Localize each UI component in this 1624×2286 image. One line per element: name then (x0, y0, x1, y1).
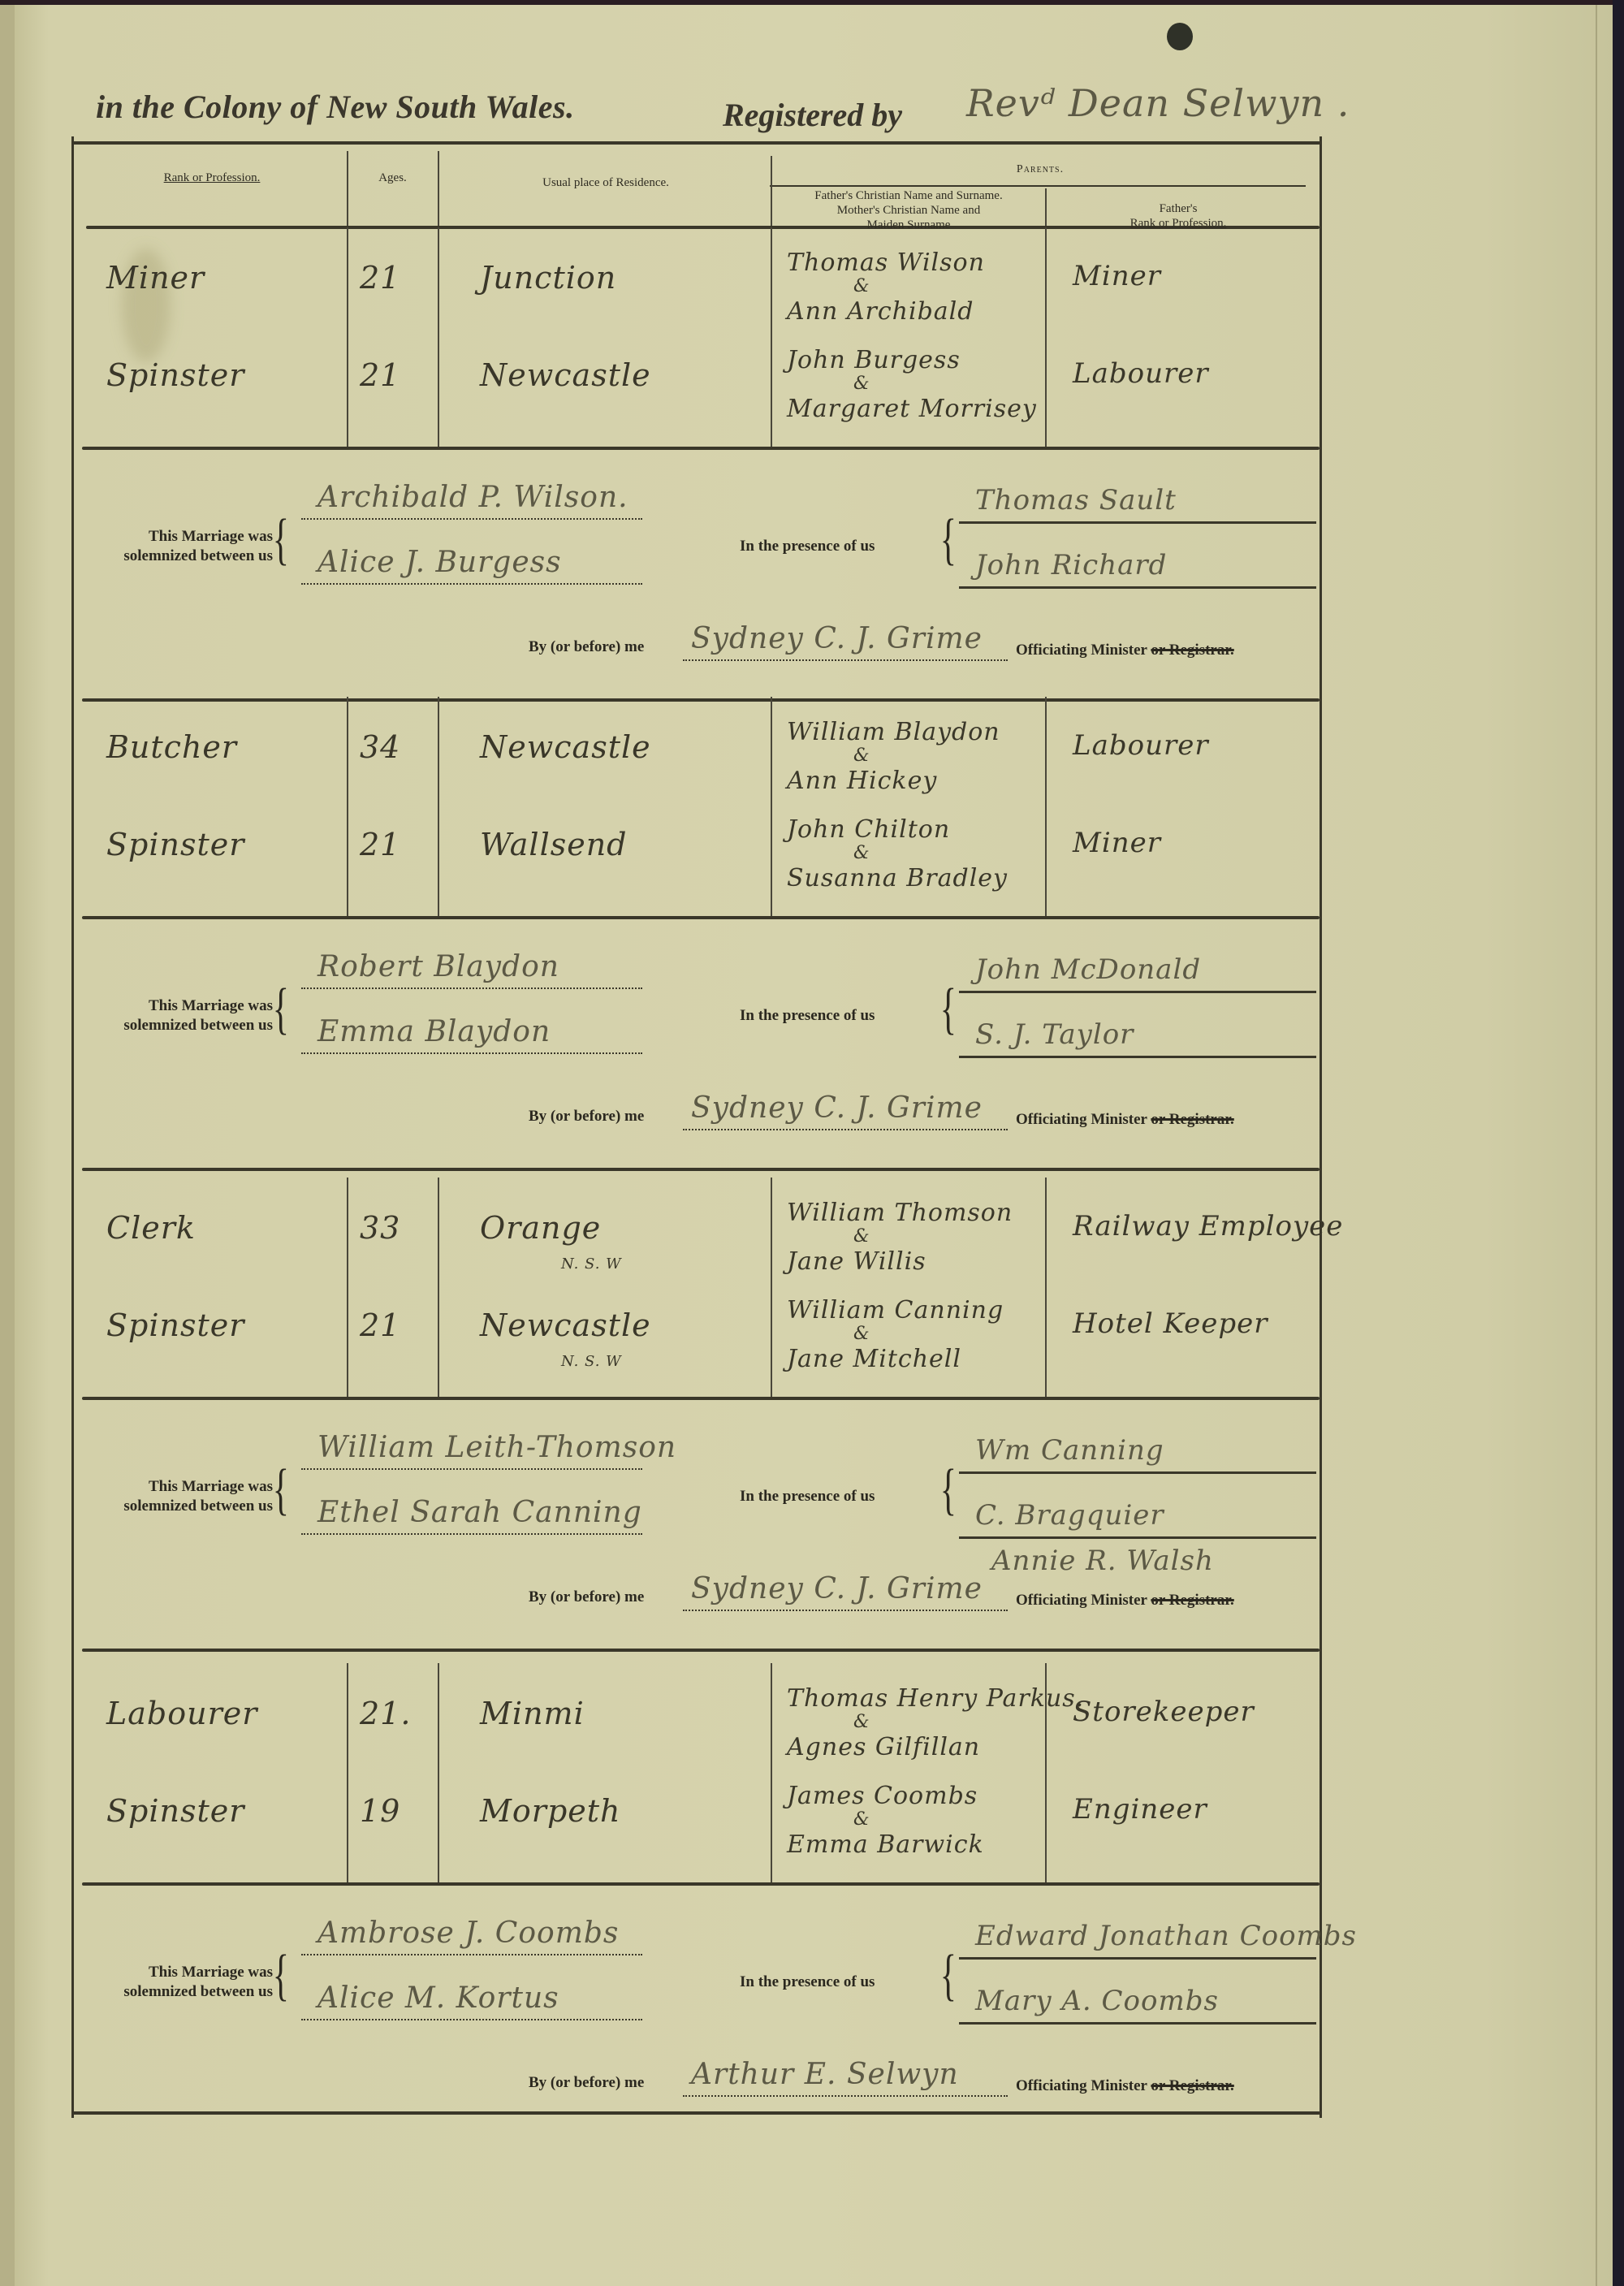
bride-mother-name: Margaret Morrisey (787, 395, 1037, 423)
groom-rank: Butcher (106, 729, 237, 765)
or-registrar-struck: or Registrar. (1151, 2077, 1233, 2094)
or-registrar-struck: or Registrar. (1151, 1592, 1233, 1609)
bride-father-rank: Labourer (1073, 357, 1209, 390)
registered-by-label: Registered by (723, 96, 902, 134)
brace-icon: { (273, 1462, 289, 1519)
entry-table-rule (82, 1882, 1319, 1886)
brace-icon: { (940, 981, 957, 1038)
officiating-label: Officiating Minister or Registrar. (1016, 1592, 1234, 1610)
bride-father-rank: Engineer (1073, 1793, 1207, 1826)
presence-label: In the presence of us (740, 538, 875, 555)
witness-line (959, 1957, 1316, 1960)
bride-rank: Spinster (106, 1307, 244, 1343)
entry-separator (82, 1649, 1319, 1652)
groom-residence-note: N. S. W (561, 1255, 622, 1273)
signature-line (301, 1954, 642, 1955)
groom-father-rank: Railway Employee (1073, 1210, 1343, 1242)
bride-residence: Newcastle (480, 357, 651, 393)
bride-father-name: William Canning (787, 1296, 1004, 1324)
witness-line (959, 1536, 1316, 1539)
officiating-label: Officiating Minister or Registrar. (1016, 1111, 1234, 1129)
bride-signature: Ethel Sarah Canning (317, 1496, 642, 1529)
bride-residence: Morpeth (480, 1793, 621, 1829)
col-header-parents: Parents. (772, 162, 1308, 177)
groom-mother-name: Jane Willis (787, 1247, 926, 1276)
col-divider (1045, 697, 1047, 916)
bride-mother-name: Jane Mitchell (787, 1345, 961, 1373)
minister-line (683, 1129, 1008, 1130)
ampersand-icon: & (853, 276, 870, 296)
groom-mother-name: Ann Hickey (787, 767, 937, 795)
minister-signature: Sydney C. J. Grime (691, 1572, 983, 1605)
ampersand-icon: & (853, 1324, 870, 1344)
signature-line (301, 1533, 642, 1535)
witness-2: John Richard (975, 549, 1167, 581)
groom-residence: Minmi (480, 1696, 585, 1731)
ampersand-icon: & (853, 1226, 870, 1247)
witness-line (959, 521, 1316, 524)
solemnized-label-2: solemnized between us (78, 547, 273, 565)
witness-line (959, 1056, 1316, 1058)
page-edge (1596, 5, 1597, 2286)
col-header-father-rank: Father's Rank or Profession. (1048, 201, 1308, 231)
bride-rank: Spinster (106, 357, 244, 393)
col-divider (438, 151, 439, 226)
bride-age: 21 (360, 357, 400, 393)
brace-icon: { (940, 1947, 957, 2004)
presence-label: In the presence of us (740, 1007, 875, 1025)
groom-father-name: William Thomson (787, 1199, 1013, 1227)
signature-line (301, 2019, 642, 2020)
bride-age: 21 (360, 1307, 400, 1343)
groom-residence: Orange (480, 1210, 601, 1246)
officiating-label: Officiating Minister or Registrar. (1016, 2077, 1234, 2095)
col-divider (438, 1663, 439, 1882)
solemnized-label-1: This Marriage was (78, 1478, 273, 1496)
col-divider (347, 1663, 348, 1882)
col-divider (347, 697, 348, 916)
groom-father-rank: Miner (1073, 260, 1161, 292)
witness-2: S. J. Taylor (975, 1018, 1134, 1051)
groom-age: 34 (360, 729, 400, 765)
col-divider (438, 697, 439, 916)
entry-table-rule (82, 447, 1319, 450)
bride-residence: Wallsend (480, 827, 628, 862)
brace-icon: { (940, 512, 957, 568)
bride-signature: Emma Blaydon (317, 1015, 551, 1048)
ampersand-icon: & (853, 843, 870, 863)
witness-line (959, 2022, 1316, 2025)
groom-residence: Newcastle (480, 729, 651, 765)
groom-father-rank: Labourer (1073, 729, 1209, 762)
bride-father-rank: Miner (1073, 827, 1161, 859)
entry-table-rule (82, 916, 1319, 919)
col-divider (347, 151, 348, 226)
entry-table-rule (82, 1397, 1319, 1400)
brace-icon: { (273, 981, 289, 1038)
groom-age: 33 (360, 1210, 400, 1246)
header-line: Father's Christian Name and Surname. (772, 188, 1045, 203)
groom-signature: Ambrose J. Coombs (317, 1917, 619, 1950)
officiating-minister-text: Officiating Minister (1016, 1111, 1147, 1128)
bride-mother-name: Susanna Bradley (787, 864, 1008, 892)
col-divider (1045, 1178, 1047, 1397)
witness-1: Thomas Sault (975, 484, 1177, 516)
solemnized-label-2: solemnized between us (78, 1983, 273, 2001)
binding-edge-right (1613, 0, 1624, 2286)
by-before-label: By (or before) me (529, 1108, 644, 1126)
bride-residence: Newcastle (480, 1307, 651, 1343)
col-header-ages: Ages. (350, 171, 435, 185)
groom-rank: Labourer (106, 1696, 257, 1731)
groom-rank: Clerk (106, 1210, 196, 1246)
solemnized-label-1: This Marriage was (78, 997, 273, 1015)
signature-line (301, 1468, 642, 1470)
col-divider (771, 227, 772, 447)
col-divider (1045, 188, 1047, 226)
brace-icon: { (940, 1462, 957, 1519)
witness-3: Annie R. Walsh (991, 1545, 1214, 1577)
solemnized-label-1: This Marriage was (78, 528, 273, 546)
parents-subrule (770, 185, 1306, 187)
col-divider (347, 1178, 348, 1397)
bride-rank: Spinster (106, 1793, 244, 1829)
colony-heading: in the Colony of New South Wales. (96, 88, 575, 126)
groom-mother-name: Ann Archibald (787, 297, 974, 326)
officiating-minister-text: Officiating Minister (1016, 642, 1147, 659)
entry-separator (82, 1168, 1319, 1171)
signature-line (301, 518, 642, 520)
solemnized-label-2: solemnized between us (78, 1017, 273, 1035)
witness-1: Wm Canning (975, 1434, 1164, 1467)
groom-signature: Archibald P. Wilson. (317, 481, 628, 514)
signature-line (301, 1052, 642, 1054)
groom-rank: Miner (106, 260, 205, 296)
groom-signature: William Leith-Thomson (317, 1431, 676, 1464)
ampersand-icon: & (853, 745, 870, 766)
witness-line (959, 586, 1316, 589)
groom-mother-name: Agnes Gilfillan (787, 1733, 980, 1761)
minister-line (683, 659, 1008, 661)
bride-signature: Alice J. Burgess (317, 546, 562, 579)
witness-1: John McDonald (975, 953, 1201, 986)
bride-signature: Alice M. Kortus (317, 1981, 559, 2015)
solemnized-label-2: solemnized between us (78, 1497, 273, 1515)
registrar-signature: Revᵈ Dean Selwyn . (966, 81, 1350, 125)
ampersand-icon: & (853, 1809, 870, 1830)
officiating-minister-text: Officiating Minister (1016, 2077, 1147, 2094)
col-divider (347, 227, 348, 447)
bride-father-name: James Coombs (787, 1782, 978, 1810)
officiating-minister-text: Officiating Minister (1016, 1592, 1147, 1609)
col-header-residence: Usual place of Residence. (443, 175, 768, 190)
page-gutter (0, 5, 15, 2286)
presence-label: In the presence of us (740, 1488, 875, 1506)
by-before-label: By (or before) me (529, 1588, 644, 1606)
minister-signature: Sydney C. J. Grime (691, 622, 983, 655)
minister-line (683, 1610, 1008, 1611)
officiating-label: Officiating Minister or Registrar. (1016, 642, 1234, 659)
witness-line (959, 991, 1316, 993)
bride-residence-note: N. S. W (561, 1353, 622, 1370)
witness-1: Edward Jonathan Coombs (975, 1920, 1357, 1952)
groom-age: 21 (360, 260, 400, 296)
groom-signature: Robert Blaydon (317, 950, 559, 983)
or-registrar-struck: or Registrar. (1151, 1111, 1233, 1128)
witness-line (959, 1471, 1316, 1474)
or-registrar-struck: or Registrar. (1151, 642, 1233, 659)
bride-age: 21 (360, 827, 400, 862)
col-divider (771, 1663, 772, 1882)
presence-label: In the presence of us (740, 1973, 875, 1991)
minister-line (683, 2095, 1008, 2097)
witness-2: Mary A. Coombs (975, 1985, 1219, 2017)
col-divider (771, 697, 772, 916)
col-divider (1045, 227, 1047, 447)
bride-age: 19 (360, 1793, 400, 1829)
col-divider (438, 1178, 439, 1397)
punch-hole (1167, 23, 1193, 50)
col-divider (438, 227, 439, 447)
marriage-register-form: Rank or Profession. Ages. Usual place of… (71, 136, 1322, 2118)
signature-line (301, 987, 642, 989)
brace-icon: { (273, 512, 289, 568)
col-divider (771, 1178, 772, 1397)
groom-father-name: William Blaydon (787, 718, 1000, 746)
bride-father-name: John Burgess (787, 346, 961, 374)
ampersand-icon: & (853, 1712, 870, 1732)
brace-icon: { (273, 1947, 289, 2004)
minister-signature: Sydney C. J. Grime (691, 1091, 983, 1125)
bride-mother-name: Emma Barwick (787, 1830, 984, 1859)
top-rule (71, 141, 1320, 145)
bride-father-rank: Hotel Keeper (1073, 1307, 1268, 1340)
minister-signature: Arthur E. Selwyn (691, 2058, 959, 2091)
groom-father-name: Thomas Henry Parkus. (787, 1684, 1084, 1713)
groom-father-rank: Storekeeper (1073, 1696, 1255, 1728)
solemnized-label-1: This Marriage was (78, 1964, 273, 1981)
bride-father-name: John Chilton (787, 815, 950, 844)
by-before-label: By (or before) me (529, 638, 644, 656)
by-before-label: By (or before) me (529, 2074, 644, 2092)
header-line: Father's (1048, 201, 1308, 216)
signature-line (301, 583, 642, 585)
col-header-rank: Rank or Profession. (90, 171, 334, 185)
groom-residence: Junction (480, 260, 616, 296)
bride-rank: Spinster (106, 827, 244, 862)
col-header-parents-names: Father's Christian Name and Surname. Mot… (772, 188, 1045, 232)
header-line: Mother's Christian Name and (772, 203, 1045, 218)
ampersand-icon: & (853, 374, 870, 394)
witness-2: C. Bragquier (975, 1499, 1164, 1532)
groom-father-name: Thomas Wilson (787, 248, 985, 277)
groom-age: 21. (360, 1696, 411, 1731)
